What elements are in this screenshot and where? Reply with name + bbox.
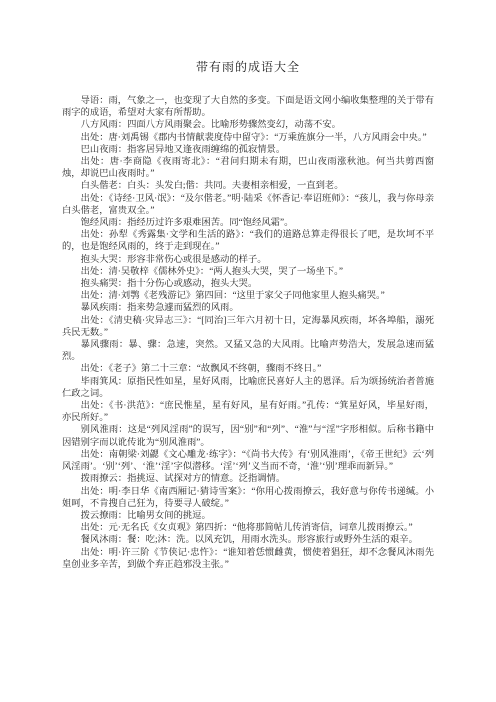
paragraph: 毕雨箕风：原指民性如星，星好风雨，比喻庶民喜好人主的恩泽。后为颂扬统治者普施仁政…	[62, 376, 434, 400]
paragraph: 暴风骤雨：暴、骤：急速，突然。又猛又急的大风雨。比喻声势浩大，发展急速而猛烈。	[62, 339, 434, 363]
paragraph: 出处：唐·刘禹锡《郡内书情献裴度侍中留守》：“万乘旌旗分一半，八方风雨会中央。”	[62, 132, 434, 144]
paragraph: 出处：《清史稿·灾异志三》：“[同治]三年六月初十日，定海暴风疾雨，坏各埠船，溺…	[62, 315, 434, 339]
paragraph: 出处：明·李日华《南西厢记·猜诗雪案》：“你用心拨雨撩云，我好意与你传书递缄。小…	[62, 486, 434, 510]
paragraph: 出处：唐·李商隐《夜雨寄北》：“君问归期未有期，巴山夜雨涨秋池。何当共剪西窗烛，…	[62, 156, 434, 180]
paragraph: 出处：明·许三阶《节侠记·忠忤》：“谁知着恁惯雌黄，惯使着猖狂，却不念餐风沐雨先…	[62, 547, 434, 571]
paragraph: 抱头大哭：形容非常伤心或很是感动的样子。	[62, 254, 434, 266]
paragraph: 导语：雨，气象之一，也变现了大自然的多变。下面是语文网小编收集整理的关于带有雨字…	[62, 95, 434, 119]
document-page: 带有雨的成语大全 导语：雨，气象之一，也变现了大自然的多变。下面是语文网小编收集…	[0, 0, 496, 702]
paragraph: 拨雨撩云：指挑逗、试探对方的情意。泛指调情。	[62, 473, 434, 485]
paragraph: 巴山夜雨：指客居异地又逢夜雨缠绵的孤寂情景。	[62, 144, 434, 156]
document-body: 导语：雨，气象之一，也变现了大自然的多变。下面是语文网小编收集整理的关于带有雨字…	[62, 95, 434, 571]
paragraph: 出处：《老子》第二十三章：“故飘风不终朝，骤雨不终日。”	[62, 363, 434, 375]
paragraph: 餐风沐雨：餐：吃;沐：洗。以风充饥，用雨水洗头。形容旅行或野外生活的艰辛。	[62, 534, 434, 546]
paragraph: 饱经风雨：指经历过许多艰难困苦。同“饱经风霜”。	[62, 217, 434, 229]
paragraph: 抱头痛哭：指十分伤心或感动，抱头大哭。	[62, 278, 434, 290]
paragraph: 八方风雨：四面八方风雨聚会。比喻形势骤然变幻，动荡不安。	[62, 119, 434, 131]
paragraph: 出处：清·吴敬梓《儒林外史》：“两人抱头大哭，哭了一场坐下。”	[62, 266, 434, 278]
paragraph: 白头偕老：白头：头发白;偕：共同。夫妻相亲相爱，一直到老。	[62, 180, 434, 192]
paragraph: 暴风疾雨：指来势急遽而猛烈的风雨。	[62, 302, 434, 314]
page-title: 带有雨的成语大全	[62, 58, 434, 75]
paragraph: 拨云撩雨：比喻男女间的挑逗。	[62, 510, 434, 522]
paragraph: 出处：南朝梁·刘勰《文心雕龙·练字》：“《尚书大传》有‘别风淮雨’，《帝王世纪》…	[62, 449, 434, 473]
paragraph: 出处：清·刘鹗《老残游记》第四回：“这里于家父子同他家里人抱头痛哭。”	[62, 290, 434, 302]
paragraph: 出处：《诗经·卫风·氓》：“及尔偕老。”明·陆采《怀香记·奉诏班师》：“孩儿，我…	[62, 193, 434, 217]
paragraph: 出处：《书·洪范》：“庶民惟星，星有好风，星有好雨。”孔传：“箕星好风，毕星好雨…	[62, 400, 434, 424]
paragraph: 出处：孙犁《秀露集·文学和生活的路》：“我们的道路总算走得很长了吧，是坎坷不平的…	[62, 229, 434, 253]
paragraph: 出处：元·无名氏《女贞观》第四折：“他将那简帖儿传消寄信，词章儿拨雨撩云。”	[62, 522, 434, 534]
paragraph: 别风淮雨：这是“列风淫雨”的误写，因“别”和“列”、“淮”与“淫”字形相似。后称…	[62, 424, 434, 448]
